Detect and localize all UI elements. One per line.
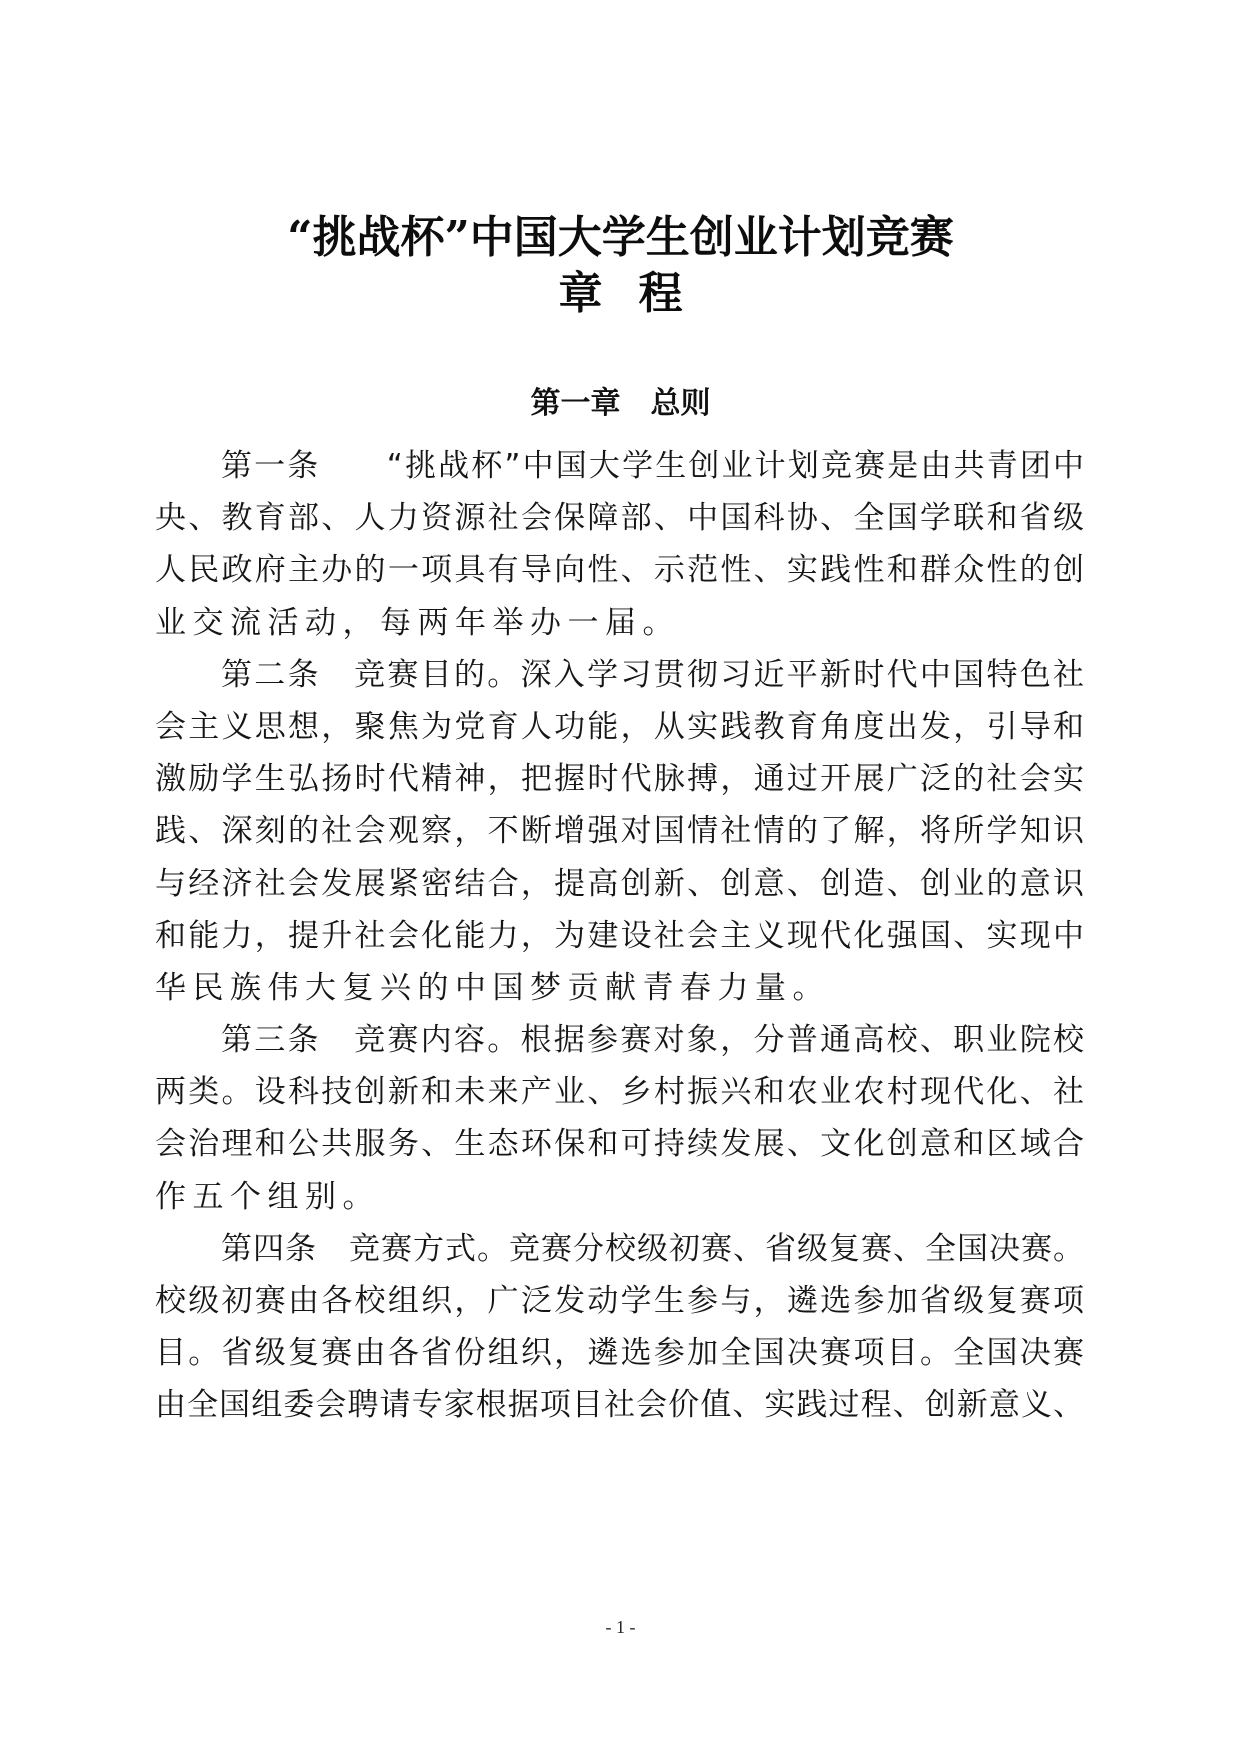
article-4-line-4: 由全国组委会聘请专家根据项目社会价值、实践过程、创新意义、 [155, 1379, 1085, 1431]
article-1-line-2: 央、教育部、人力资源社会保障部、中国科协、全国学联和省级 [155, 492, 1085, 544]
page-number: - 1 - [0, 1617, 1241, 1638]
article-2-line-4: 践、深刻的社会观察，不断增强对国情社情的了解，将所学知识 [155, 805, 1085, 857]
article-2-line-3: 激励学生弘扬时代精神，把握时代脉搏，通过开展广泛的社会实 [155, 753, 1085, 805]
article-2-line-7: 华民族伟大复兴的中国梦贡献青春力量。 [155, 962, 1085, 1014]
article-4-line-3: 目。省级复赛由各省份组织，遴选参加全国决赛项目。全国决赛 [155, 1327, 1085, 1379]
article-2-line-5: 与经济社会发展紧密结合，提高创新、创意、创造、创业的意识 [155, 858, 1085, 910]
article-label: 第三条 [221, 1022, 321, 1058]
article-4-line-2: 校级初赛由各校组织，广泛发动学生参与，遴选参加省级复赛项 [155, 1275, 1085, 1327]
article-4-line-1: 第四条 竞赛方式。竞赛分校级初赛、省级复赛、全国决赛。 [155, 1223, 1085, 1275]
article-3-line-2: 两类。设科技创新和未来产业、乡村振兴和农业农村现代化、社 [155, 1066, 1085, 1118]
article-2-line-1: 第二条 竞赛目的。深入学习贯彻习近平新时代中国特色社 [155, 649, 1085, 701]
article-label: 第二条 [221, 657, 321, 693]
article-1-line-4: 业交流活动，每两年举办一届。 [155, 597, 1085, 649]
article-1-line-1: 第一条 “挑战杯”中国大学生创业计划竞赛是由共青团中 [155, 440, 1085, 492]
article-label: 第一条 [221, 448, 320, 484]
document-page: “挑战杯”中国大学生创业计划竞赛 章程 第一章 总则 第一条 “挑战杯”中国大学… [0, 0, 1241, 1755]
document-body: 第一条 “挑战杯”中国大学生创业计划竞赛是由共青团中 央、教育部、人力资源社会保… [155, 440, 1085, 1432]
chapter-heading: 第一章 总则 [0, 384, 1241, 424]
article-2-line-2: 会主义思想，聚焦为党育人功能，从实践教育角度出发，引导和 [155, 701, 1085, 753]
document-title: “挑战杯”中国大学生创业计划竞赛 [0, 212, 1241, 264]
article-label: 第四条 [221, 1231, 317, 1267]
article-3-line-3: 会治理和公共服务、生态环保和可持续发展、文化创意和区域合 [155, 1118, 1085, 1170]
article-1-line-3: 人民政府主办的一项具有导向性、示范性、实践性和群众性的创 [155, 544, 1085, 596]
document-subtitle: 章程 [0, 268, 1241, 320]
article-3-line-4: 作五个组别。 [155, 1171, 1085, 1223]
article-3-line-1: 第三条 竞赛内容。根据参赛对象，分普通高校、职业院校 [155, 1014, 1085, 1066]
article-2-line-6: 和能力，提升社会化能力，为建设社会主义现代化强国、实现中 [155, 910, 1085, 962]
